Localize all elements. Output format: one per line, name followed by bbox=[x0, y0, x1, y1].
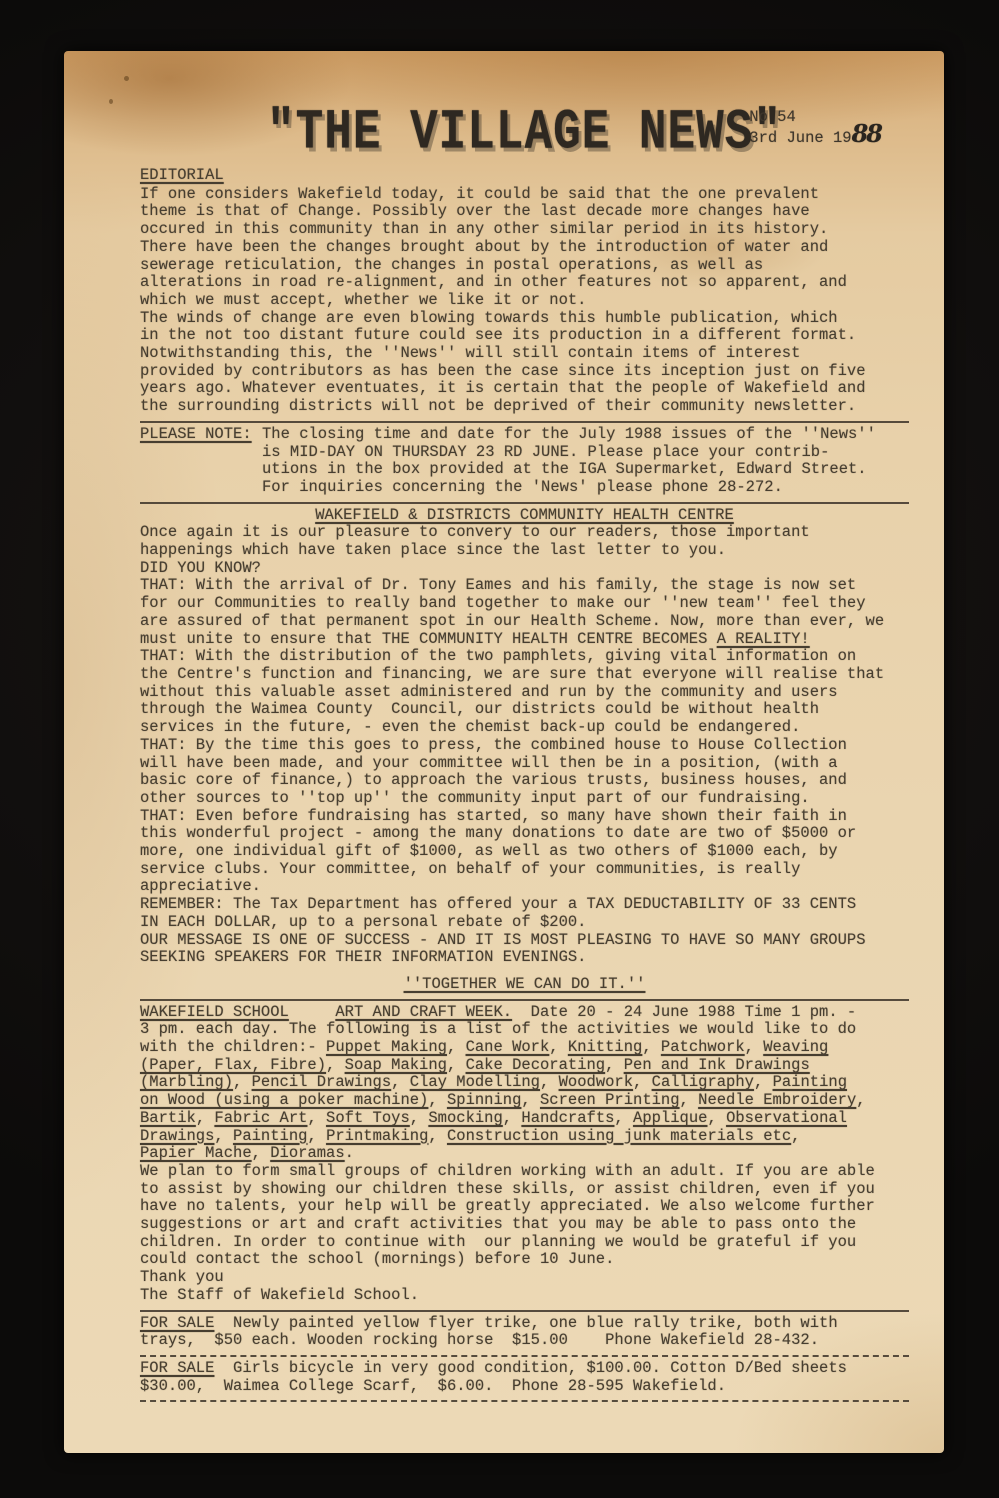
text-line: to assist by showing our children these … bbox=[140, 1181, 909, 1199]
text-line: THAT: Even before fundraising has starte… bbox=[140, 808, 909, 826]
text-line: service clubs. Your committee, on behalf… bbox=[140, 861, 909, 879]
text-line: other sources to ''top up'' the communit… bbox=[140, 790, 909, 808]
text-line: have no talents, your help will be great… bbox=[140, 1198, 909, 1216]
text-line: provided by contributors as has been the… bbox=[140, 363, 909, 381]
text-line: this wonderful project - among the many … bbox=[140, 825, 909, 843]
text-line: THAT: By the time this goes to press, th… bbox=[140, 737, 909, 755]
notice-text: The closing time and date for the July 1… bbox=[262, 426, 909, 497]
divider bbox=[140, 502, 909, 504]
for-sale-block: FOR SALE Girls bicycle in very good cond… bbox=[140, 1360, 909, 1395]
notice-label: PLEASE NOTE: bbox=[140, 426, 262, 497]
section-heading: EDITORIAL bbox=[140, 167, 909, 185]
text-line: DID YOU KNOW? bbox=[140, 560, 909, 578]
text-line: Drawings, Painting, Printmaking, Constru… bbox=[140, 1128, 909, 1146]
text-line: There have been the changes brought abou… bbox=[140, 239, 909, 257]
text-line: theme is that of Change. Possibly over t… bbox=[140, 203, 909, 221]
text-line: REMEMBER: The Tax Department has offered… bbox=[140, 896, 909, 914]
text-line: without this valuable asset administered… bbox=[140, 684, 909, 702]
document-body: EDITORIALIf one considers Wakefield toda… bbox=[140, 167, 909, 1402]
text-line: basic core of finance,) to approach the … bbox=[140, 772, 909, 790]
text-line: appreciative. bbox=[140, 878, 909, 896]
text-line: with the children:- Puppet Making, Cane … bbox=[140, 1039, 909, 1057]
text-line: must unite to ensure that THE COMMUNITY … bbox=[140, 631, 909, 649]
paragraph: If one considers Wakefield today, it cou… bbox=[140, 186, 909, 416]
text-line: utions in the box provided at the IGA Su… bbox=[262, 461, 909, 479]
text-line: more, one individual gift of $1000, as w… bbox=[140, 843, 909, 861]
divider bbox=[140, 999, 909, 1001]
text-line: 3 pm. each day. The following is a list … bbox=[140, 1021, 909, 1039]
staple-hole bbox=[109, 99, 113, 104]
text-line: are assured of that permanent spot in ou… bbox=[140, 613, 909, 631]
text-line: services in the future, - even the chemi… bbox=[140, 719, 909, 737]
slogan-line: ''TOGETHER WE CAN DO IT.'' bbox=[140, 976, 909, 994]
text-line: Notwithstanding this, the ''News'' will … bbox=[140, 345, 909, 363]
text-line: (Paper, Flax, Fibre), Soap Making, Cake … bbox=[140, 1057, 909, 1075]
text-line: is MID-DAY ON THURSDAY 23 RD JUNE. Pleas… bbox=[262, 444, 909, 462]
paragraph: Once again it is our pleasure to convery… bbox=[140, 524, 909, 967]
notice-block: PLEASE NOTE:The closing time and date fo… bbox=[140, 426, 909, 497]
text-line: Papier Mache, Dioramas. bbox=[140, 1145, 909, 1163]
text-line: children. In order to continue with our … bbox=[140, 1234, 909, 1252]
text-line: trays, $50 each. Wooden rocking horse $1… bbox=[140, 1332, 909, 1350]
paragraph: WAKEFIELD SCHOOL ART AND CRAFT WEEK. Dat… bbox=[140, 1004, 909, 1305]
text-line: which we must accept, whether we like it… bbox=[140, 292, 909, 310]
text-line: For inquiries concerning the 'News' plea… bbox=[262, 479, 909, 497]
text-line: suggestions or art and craft activities … bbox=[140, 1216, 909, 1234]
text-line: sewerage reticulation, the changes in po… bbox=[140, 257, 909, 275]
dashed-divider bbox=[140, 1400, 909, 1402]
text-line: in the not too distant future could see … bbox=[140, 327, 909, 345]
masthead-area: "THE VILLAGE NEWS" No 54 3rd June 1988 bbox=[140, 105, 909, 167]
text-line: years ago. Whatever eventuates, it is ce… bbox=[140, 380, 909, 398]
text-line: THAT: With the distribution of the two p… bbox=[140, 648, 909, 666]
text-line: occured in this community than in any ot… bbox=[140, 221, 909, 239]
text-line: WAKEFIELD SCHOOL ART AND CRAFT WEEK. Dat… bbox=[140, 1004, 909, 1022]
text-line: FOR SALE Girls bicycle in very good cond… bbox=[140, 1360, 909, 1378]
text-line: The winds of change are even blowing tow… bbox=[140, 310, 909, 328]
text-line: will have been made, and your committee … bbox=[140, 755, 909, 773]
text-line: the Centre's function and financing, we … bbox=[140, 666, 909, 684]
text-line: on Wood (using a poker machine), Spinnin… bbox=[140, 1092, 909, 1110]
dashed-divider bbox=[140, 1355, 909, 1357]
text-line: IN EACH DOLLAR, up to a personal rebate … bbox=[140, 914, 909, 932]
text-line: Bartik, Fabric Art, Soft Toys, Smocking,… bbox=[140, 1110, 909, 1128]
text-line: THAT: With the arrival of Dr. Tony Eames… bbox=[140, 577, 909, 595]
divider bbox=[140, 421, 909, 423]
text-line: The Staff of Wakefield School. bbox=[140, 1287, 909, 1305]
issue-info: No 54 3rd June 1988 bbox=[749, 107, 881, 149]
text-line: OUR MESSAGE IS ONE OF SUCCESS - AND IT I… bbox=[140, 932, 909, 950]
text-line: Thank you bbox=[140, 1269, 909, 1287]
text-line: (Marbling), Pencil Drawings, Clay Modell… bbox=[140, 1074, 909, 1092]
text-line: could contact the school (mornings) befo… bbox=[140, 1251, 909, 1269]
handwritten-year: 88 bbox=[852, 119, 881, 148]
text-line: FOR SALE Newly painted yellow flyer trik… bbox=[140, 1315, 909, 1333]
text-line: $30.00, Waimea College Scarf, $6.00. Pho… bbox=[140, 1378, 909, 1396]
text-line: SEEKING SPEAKERS FOR THEIR INFORMATION E… bbox=[140, 949, 909, 967]
section-heading: WAKEFIELD & DISTRICTS COMMUNITY HEALTH C… bbox=[140, 507, 909, 525]
staple-hole bbox=[124, 76, 129, 81]
text-line: for our Communities to really band toget… bbox=[140, 595, 909, 613]
text-line: through the Waimea County Council, our d… bbox=[140, 701, 909, 719]
divider bbox=[140, 1310, 909, 1312]
for-sale-block: FOR SALE Newly painted yellow flyer trik… bbox=[140, 1315, 909, 1350]
text-line: The closing time and date for the July 1… bbox=[262, 426, 909, 444]
newsletter-page: "THE VILLAGE NEWS" No 54 3rd June 1988 E… bbox=[64, 51, 944, 1453]
text-line: happenings which have taken place since … bbox=[140, 542, 909, 560]
text-line: Once again it is our pleasure to convery… bbox=[140, 524, 909, 542]
text-line: the surrounding districts will not be de… bbox=[140, 398, 909, 416]
text-line: We plan to form small groups of children… bbox=[140, 1163, 909, 1181]
text-line: alterations in road re-alignment, and in… bbox=[140, 274, 909, 292]
issue-date: 3rd June 1988 bbox=[749, 128, 881, 149]
text-line: If one considers Wakefield today, it cou… bbox=[140, 186, 909, 204]
